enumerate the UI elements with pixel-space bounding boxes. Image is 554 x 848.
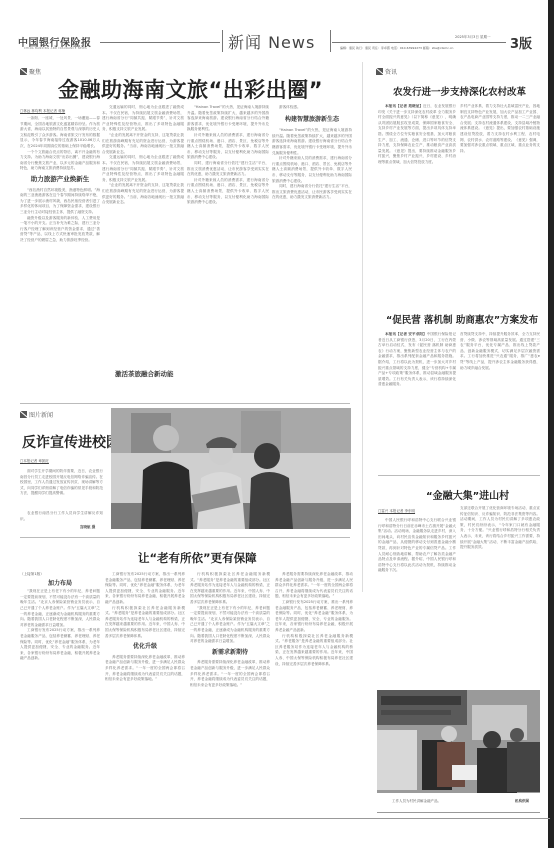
section-title: 新闻 News (228, 30, 315, 53)
photo-news-caption: 农业银行南昌分行工作人员向学生讲解反诈知识。 (20, 511, 103, 523)
pension-subhead-3: 新需求新期待 (190, 650, 270, 656)
lead-column-2: 交通运输的同时，细心地为企业跟进了融资成本。不仅在民宿，为持续拓展文旅金融消费场… (102, 105, 184, 380)
lead-subhead-3: 构建智慧旅游新生态 (272, 117, 352, 123)
info-headline[interactable]: 农发行进一步支持深化农村改革 (393, 84, 526, 98)
column-separator (362, 62, 363, 592)
lead-column-3: “Hainan Travel”的火热，见证海南入境游持续升温。随着免签政策持续扩… (187, 105, 269, 380)
photo-news-body: 面对学生开学期间的防诈需要，近日，农业银行南昌分行员工走进校园开展反电信网络诈骗… (20, 469, 103, 511)
market-byline: □雷兴 本报记者 李东明 (378, 509, 415, 514)
section-rule (378, 475, 540, 476)
masthead-divider (330, 30, 331, 52)
photo-news-headline[interactable]: 反诈宣传进校园 (22, 432, 120, 452)
photo-news-image[interactable] (111, 408, 351, 529)
newspaper-logo-subtitle: CHINA BANKING AND INSURANCE NEWS (24, 47, 87, 50)
photo-news-byline: □本报记者 章凯旺 (20, 459, 49, 464)
page-number: 3版 (510, 33, 532, 52)
lead-subhead-2: 激活茶旅融合新动能 (115, 369, 174, 378)
tag-label: 图片新闻 (29, 410, 53, 419)
market-headline[interactable]: “金融大集”进山村 (426, 487, 509, 502)
section-tag-info: 资讯 (376, 67, 397, 76)
section-rule (377, 812, 540, 813)
market-photo-caption: 工作人员为村民讲解金融产品。 (392, 799, 441, 804)
lead-column-1: 一条街、一座城、一处风景、一场邂逅——春节期间，全国各地旅游文化盛宴精彩纷呈。作… (20, 116, 100, 380)
photo-news-credit: 宫晓航 摄 (80, 525, 95, 530)
pension-column-1: （上接第1版） 加力布局 “我现在正是上有老下有小的年纪，养老问题一定要提前规划… (20, 572, 100, 772)
tag-marker-icon (376, 68, 383, 75)
market-column-1: 中国人民银行呼和浩特中心支行联合兴业银行呼和浩特分行日前在赤峰市土右旗开展“金融… (378, 518, 456, 626)
tag-label: 资讯 (385, 67, 397, 76)
lead-headline[interactable]: 金融助海南文旅“出彩出圈” (58, 74, 323, 104)
page-edge-bar (548, 0, 554, 848)
tag-marker-icon (20, 68, 27, 75)
lead-subhead-1: 助力旅游产业焕新生 (20, 177, 100, 183)
lead-byline: □林远 林均利 本报记者 蒋楠 (20, 109, 65, 114)
pension-column-4: 养老服务需要持续深化养老金融改革，推动养老金融产品创新与服务升级，进一步满足人民… (275, 572, 353, 772)
section-tag-focus: 聚焦 (20, 67, 41, 76)
section-rule (20, 537, 350, 538)
pension-headline[interactable]: 让“老有所依”更有保障 (138, 550, 257, 566)
market-column-2: 支部还联合开展了优化营商环境专场活动，重点宣传征信知识、反诈骗知识、防范非法集资… (460, 506, 540, 612)
market-photo-credit: 机构供图 (515, 799, 529, 804)
masthead-rule-right (332, 42, 506, 43)
pension-subhead-2: 优化升级 (105, 644, 185, 650)
info-column-1: 本报讯【记者 苑晓星】近日，农业发展银行印发《关于进一步支持深化农村改革 全力服… (378, 104, 456, 300)
lead-column-4: 游客体验感。 构建智慧旅游新生态 “Hainan Travel”的火热，见证海南… (272, 105, 352, 380)
info-column-2: 乡村产业体系，着力支持壮大县域富民产业，因地制宜支持特色产业发展，加大农产品加工… (460, 104, 540, 300)
rural-plan-column-1: 本报讯【记者 安平卓阳】中国银行保险报记者近日从工商银行获悉，3月20日，工行在… (378, 332, 456, 446)
rural-plan-column-2: 首贷续贷支持中，持续提升服务效率，全力支持民营、小微、涉农等领域高质量发展。通过… (460, 332, 540, 446)
masthead: 中国银行保险报 CHINA BANKING AND INSURANCE NEWS… (0, 0, 554, 55)
pension-subhead-1: 加力布局 (20, 581, 100, 587)
pension-column-3: 行机构积极探索社区养老金融服务新模式。“养老服务”是养老金融的重要组成部分。社区… (190, 572, 270, 772)
masthead-divider (222, 30, 223, 52)
tag-label: 聚焦 (29, 67, 41, 76)
editor-credits: 编辑：康民 執行：康民 责任：李卓霞 电话：010-63994273 邮箱：zb… (340, 46, 453, 50)
market-photo[interactable] (377, 690, 540, 793)
section-rule (20, 403, 350, 404)
pension-column-2: 工商银行发布2025行动方案，推出一系列养老金融服务产品，包括养老储蓄、养老理财… (105, 572, 185, 772)
issue-date: 2025年3月3日 星期一 (455, 35, 490, 40)
bottom-rule (20, 818, 550, 819)
masthead-rule-left (100, 42, 220, 43)
rural-plan-headline[interactable]: “促民营 落机制 助商惠农”方案发布 (386, 312, 538, 326)
continued-from-label: （上接第1版） (20, 572, 100, 578)
section-tag-photo-news: 图片新闻 (20, 410, 53, 419)
tag-marker-icon (20, 411, 27, 418)
